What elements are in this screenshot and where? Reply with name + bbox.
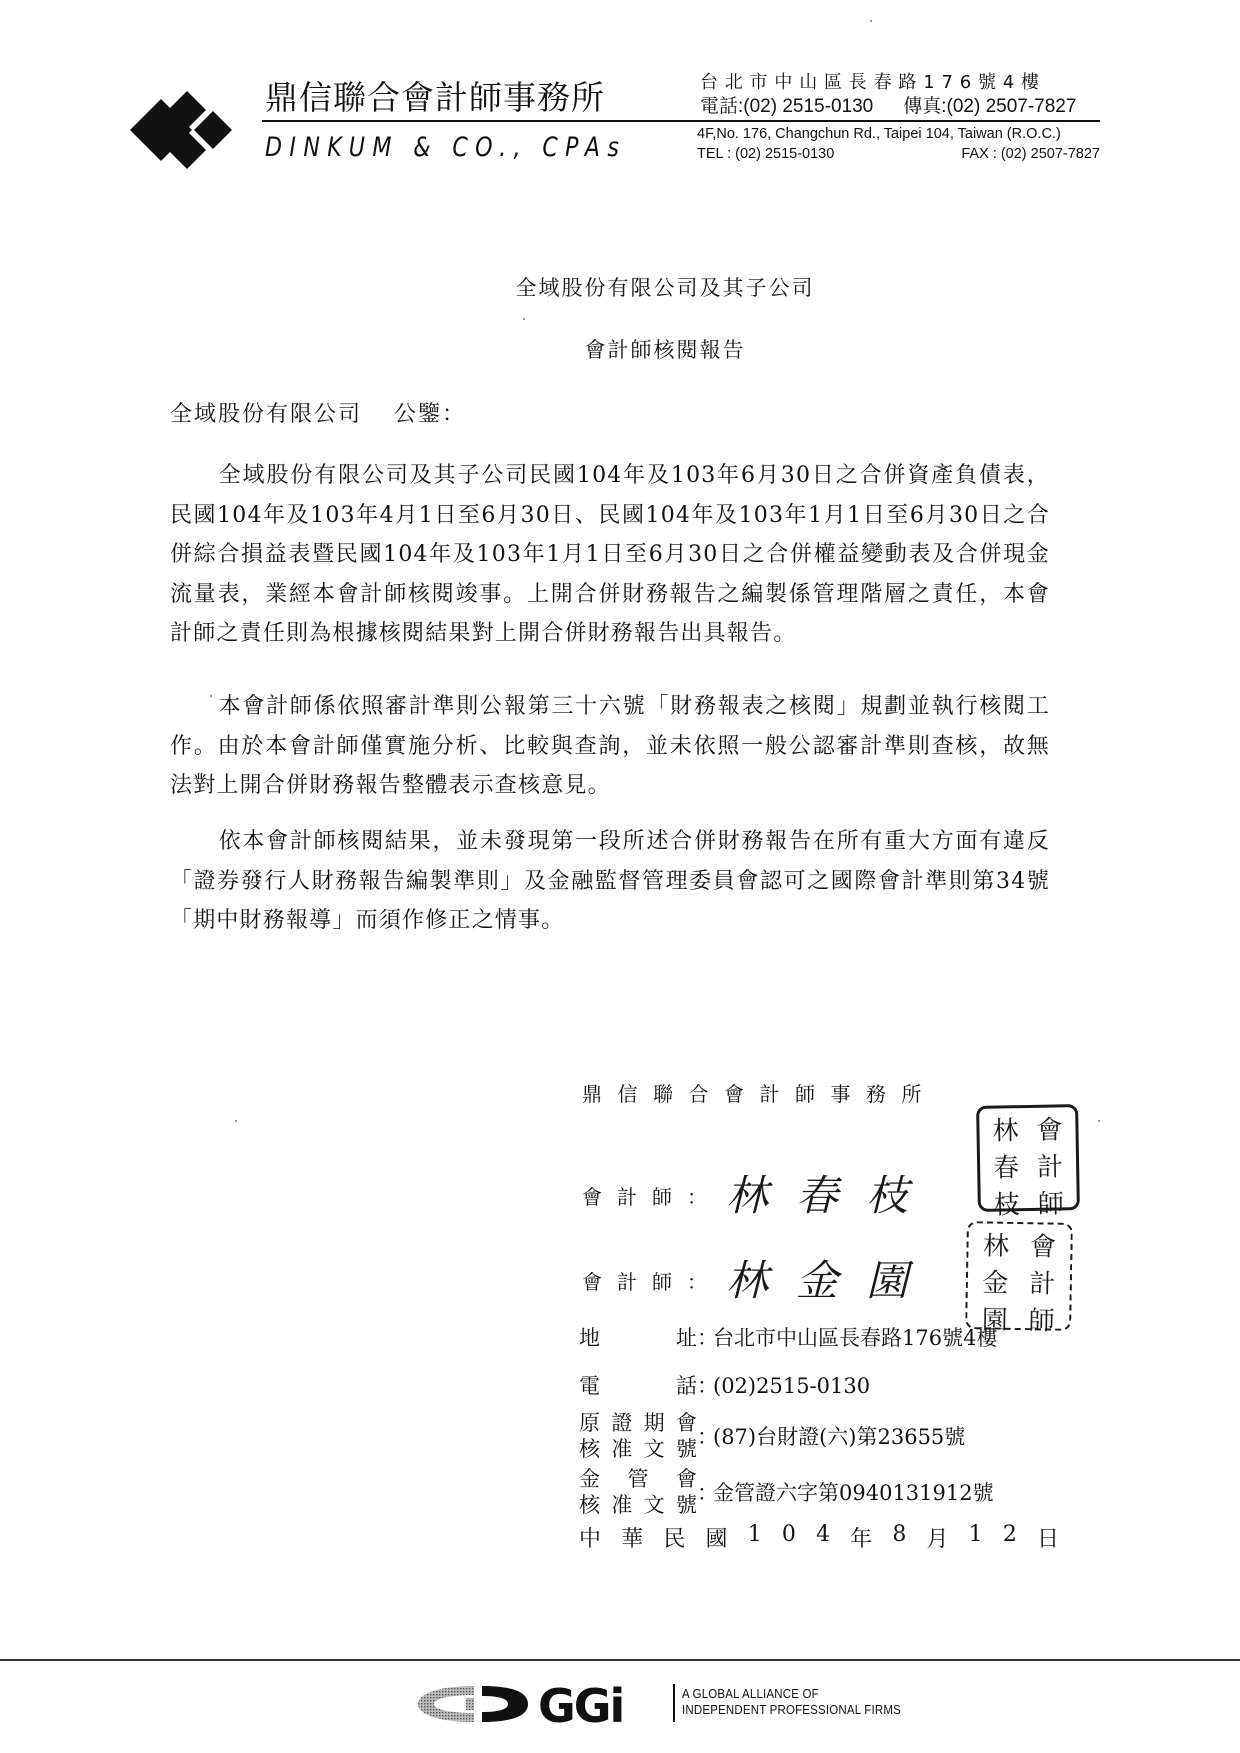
colon: ： <box>697 1477 713 1507</box>
label-char: 證 <box>611 1410 632 1436</box>
handwritten-signature-1: 林春枝 <box>726 1171 936 1220</box>
accountant-2-signature-row: 會計師：林金園 <box>582 1248 936 1308</box>
label-char: 金 <box>579 1466 600 1492</box>
scan-speck <box>523 318 525 320</box>
stamp-char: 會 <box>1030 1226 1057 1263</box>
colon: ： <box>697 1421 713 1451</box>
scan-speck <box>1098 1120 1100 1122</box>
stamp-char: 金 <box>982 1262 1009 1299</box>
addressee: 全域股份有限公司 <box>170 402 362 427</box>
tagline-line-2: INDEPENDENT PROFESSIONAL FIRMS <box>682 1702 901 1718</box>
date-char: 1 <box>748 1522 762 1553</box>
sfb-approval-label: 原證期會 核准文號 <box>579 1410 697 1462</box>
fsc-approval-label: 金管會 核准文號 <box>579 1466 697 1518</box>
stamp-char: 計 <box>1037 1146 1064 1183</box>
date-char: 中 <box>579 1522 601 1553</box>
paragraph-2-text: 本會計師係依照審計準則公報第三十六號「財務報表之核閱」規劃並執行核閱工作。由於本… <box>170 694 1050 798</box>
fax-english: FAX : (02) 2507-7827 <box>961 146 1100 162</box>
signature-firm-name: 鼎信聯合會計師事務所 <box>582 1078 937 1107</box>
report-date: 中 華 民 國 1 0 4 年 8 月 1 2 日 <box>579 1522 1059 1553</box>
stamp-char: 師 <box>1028 1300 1055 1337</box>
fsc-approval-row: 金管會 核准文號 ：金管證六字第0940131912號 <box>579 1466 994 1518</box>
fax-number-zh: (02) 2507-7827 <box>947 96 1077 117</box>
paragraph-3-text: 依本會計師核閱結果，並未發現第一段所述合併財務報告在所有重大方面有違反「證券發行… <box>170 829 1050 933</box>
paragraph-3: 依本會計師核閱結果，並未發現第一段所述合併財務報告在所有重大方面有違反「證券發行… <box>170 822 1050 941</box>
label-char: 號 <box>676 1436 697 1462</box>
firm-address-english: 4F,No. 176, Changchun Rd., Taipei 104, T… <box>697 126 1061 142</box>
phone-label: 電話 <box>579 1370 697 1400</box>
label-char: 地 <box>579 1322 600 1352</box>
stamp-char: 林 <box>992 1110 1019 1147</box>
salutation-text: 公鑒： <box>394 402 466 427</box>
phone-number-zh: (02) 2515-0130 <box>743 96 873 117</box>
address-label: 地址 <box>579 1322 697 1352</box>
firm-name-english: DINKUM & CO., CPAs <box>265 132 626 163</box>
footer-divider <box>0 1659 1240 1661</box>
report-title: 會計師核閱報告 <box>0 334 1240 364</box>
paragraph-1-text: 全域股份有限公司及其子公司民國104年及103年6月30日之合併資產負債表，民國… <box>170 463 1050 646</box>
firm-contact-chinese: 電話:(02) 2515-0130傳真:(02) 2507-7827 <box>700 91 1076 118</box>
label-char: 期 <box>644 1410 665 1436</box>
label-char: 准 <box>611 1436 632 1462</box>
sfb-approval-number: (87)台財證(六)第23655號 <box>713 1421 965 1451</box>
handwritten-signature-2: 林金園 <box>726 1256 936 1305</box>
label-char: 會 <box>676 1466 697 1492</box>
paragraph-2: 本會計師係依照審計準則公報第三十六號「財務報表之核閱」規劃並執行核閱工作。由於本… <box>170 687 1050 806</box>
label-char: 電 <box>579 1370 600 1400</box>
firm-contact-english: TEL : (02) 2515-0130 FAX : (02) 2507-782… <box>697 146 1100 162</box>
company-title: 全域股份有限公司及其子公司 <box>0 272 1240 302</box>
office-address: 台北市中山區長春路176號4樓 <box>713 1326 997 1350</box>
office-phone-row: 電話：(02)2515-0130 <box>579 1370 870 1400</box>
fax-label-zh: 傳真: <box>903 96 946 117</box>
date-char: 國 <box>706 1522 728 1553</box>
stamp-char: 春 <box>993 1147 1020 1184</box>
label-char: 核 <box>579 1492 600 1518</box>
label-char: 准 <box>611 1492 632 1518</box>
date-char: 0 <box>782 1522 796 1553</box>
fsc-approval-number: 金管證六字第0940131912號 <box>713 1477 994 1507</box>
office-address-row: 地址：台北市中山區長春路176號4樓 <box>579 1322 997 1352</box>
header-divider <box>262 120 1100 122</box>
label-char: 核 <box>579 1436 600 1462</box>
stamp-char: 枝 <box>993 1184 1020 1221</box>
date-char: 月 <box>926 1522 948 1553</box>
firm-name-chinese: 鼎信聯合會計師事務所 <box>265 72 605 119</box>
sfb-approval-row: 原證期會 核准文號 ：(87)台財證(六)第23655號 <box>579 1410 965 1462</box>
date-char: 華 <box>621 1522 643 1553</box>
label-char: 址 <box>676 1322 697 1352</box>
colon: ： <box>697 1322 713 1352</box>
label-char: 號 <box>676 1492 697 1518</box>
date-char: 4 <box>816 1522 830 1553</box>
colon: ： <box>697 1370 713 1400</box>
office-phone: (02)2515-0130 <box>713 1374 870 1398</box>
phone-label-zh: 電話: <box>700 96 743 117</box>
footer-logo-separator <box>673 1684 675 1722</box>
label-char: 管 <box>628 1466 649 1492</box>
stamp-char: 師 <box>1037 1183 1064 1220</box>
firm-logo-diamonds-icon <box>130 75 240 185</box>
scan-speck <box>235 1120 237 1122</box>
tagline-line-1: A GLOBAL ALLIANCE OF <box>682 1686 901 1702</box>
salutation: 全域股份有限公司公鑒： <box>170 397 466 428</box>
label-char: 話 <box>676 1370 697 1400</box>
ggi-tagline: A GLOBAL ALLIANCE OF INDEPENDENT PROFESS… <box>682 1686 901 1718</box>
label-char: 文 <box>644 1492 665 1518</box>
seal-stamp-2: 林 金 園 會 計 師 <box>965 1221 1073 1331</box>
svg-text:GGi: GGi <box>538 1682 623 1726</box>
stamp-char: 林 <box>983 1225 1010 1262</box>
date-char: 日 <box>1037 1522 1059 1553</box>
label-char: 文 <box>644 1436 665 1462</box>
date-char: 民 <box>663 1522 685 1553</box>
date-char: 8 <box>892 1522 906 1553</box>
paragraph-1: 全域股份有限公司及其子公司民國104年及103年6月30日之合併資產負債表，民國… <box>170 456 1050 654</box>
tel-english: TEL : (02) 2515-0130 <box>697 146 834 162</box>
label-char: 會 <box>676 1410 697 1436</box>
scan-speck <box>210 695 212 697</box>
accountant-label: 會計師： <box>582 1270 722 1294</box>
date-char: 年 <box>850 1522 872 1553</box>
stamp-char: 會 <box>1036 1109 1063 1146</box>
accountant-1-signature-row: 會計師：林春枝 <box>582 1163 936 1223</box>
accountant-label: 會計師： <box>582 1185 722 1209</box>
ggi-logo-icon: GGi <box>412 1682 670 1726</box>
label-char: 原 <box>579 1410 600 1436</box>
date-char: 2 <box>1003 1522 1017 1553</box>
stamp-char: 計 <box>1029 1263 1056 1300</box>
date-char: 1 <box>969 1522 983 1553</box>
scan-speck <box>870 20 872 22</box>
seal-stamp-1: 林 春 枝 會 計 師 <box>976 1104 1080 1212</box>
